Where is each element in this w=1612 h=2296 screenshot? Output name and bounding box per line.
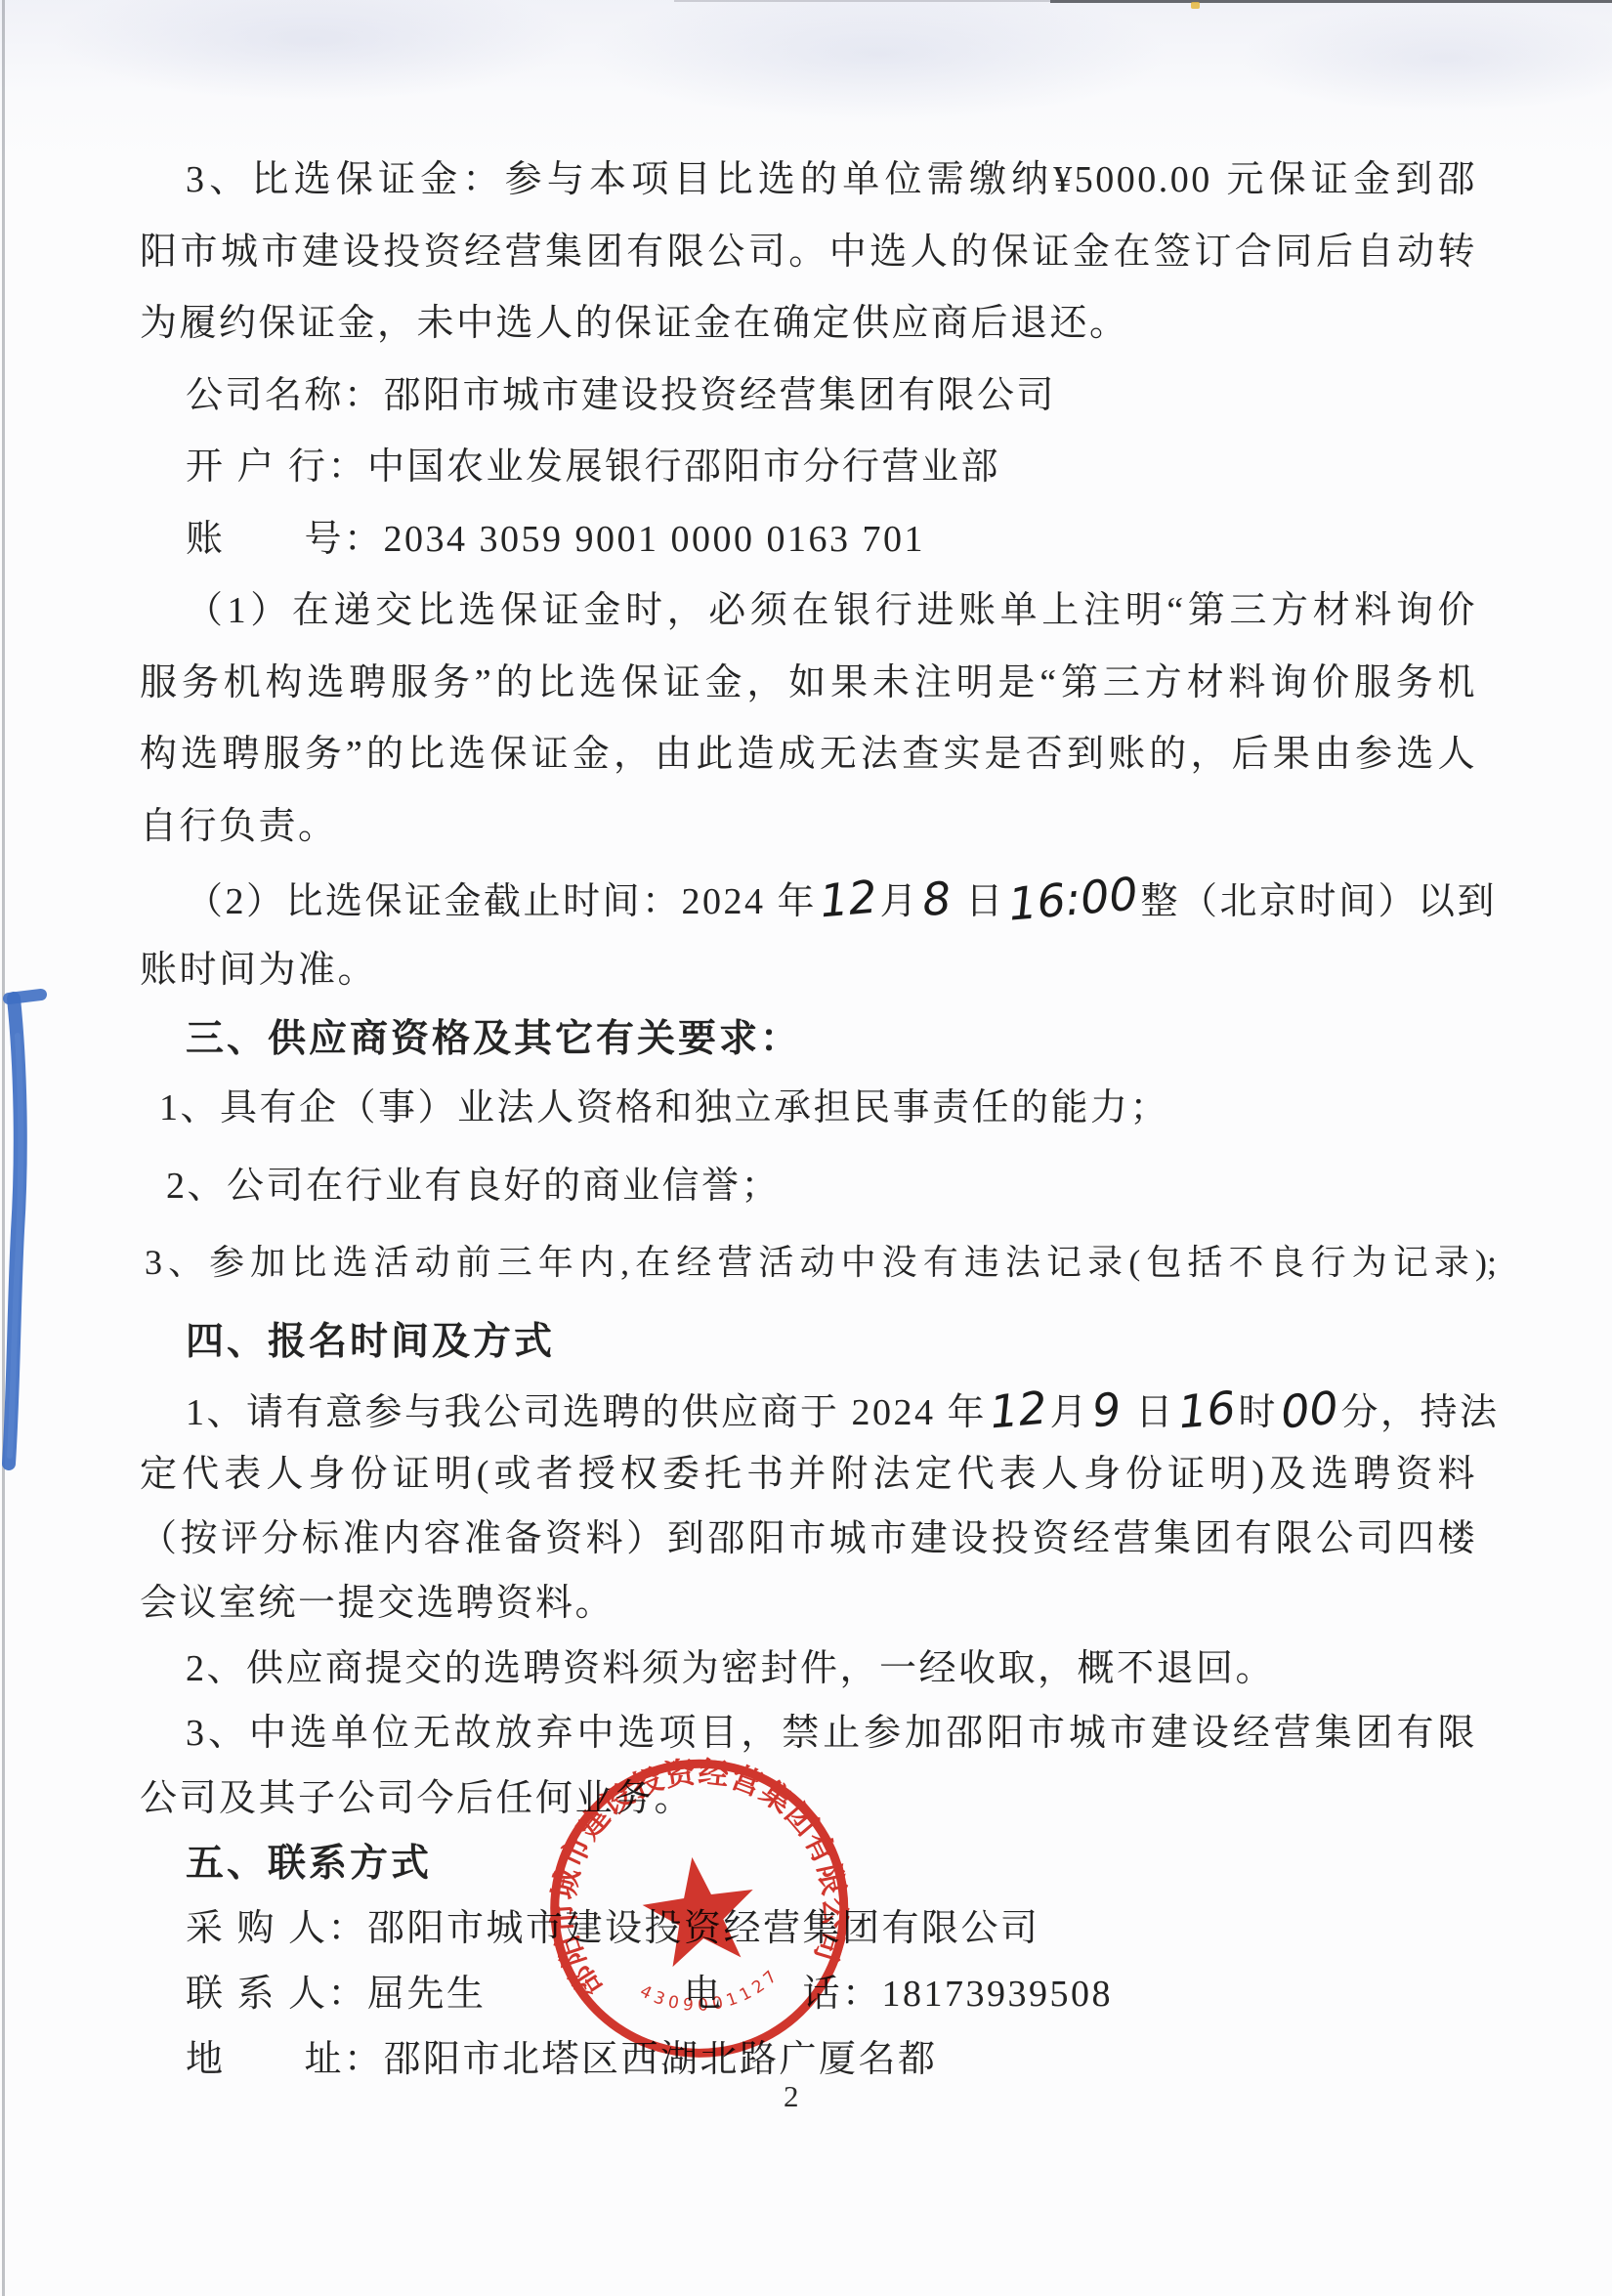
scan-haze [0, 0, 1612, 166]
doc-line-13: 三、供应商资格及其它有关要求： [186, 1016, 801, 1063]
doc-line-14: 1、具有企（事）业法人资格和独立承担民事责任的能力； [159, 1084, 1169, 1131]
seal-star [637, 1850, 762, 1970]
doc-line-9: 构选聘服务”的比选保证金，由此造成无法查实是否到账的，后果由参选人 [140, 731, 1477, 778]
printed-text: 1、请有意参与我公司选聘的供应商于 2024 年 [186, 1392, 987, 1433]
printed-text: 日 [1124, 1392, 1175, 1433]
printed-text: 构选聘服务”的比选保证金，由此造成无法查实是否到账的，后果由参选人 [140, 734, 1477, 775]
svg-text:4309001127: 4309001127 [634, 1963, 787, 2025]
doc-line-6: 账 号：2034 3059 9001 0000 0163 701 [186, 516, 925, 563]
doc-line-4: 公司名称：邵阳市城市建设投资经营集团有限公司 [186, 372, 1056, 419]
printed-text: 1、具有企（事）业法人资格和独立承担民事责任的能力； [159, 1087, 1169, 1128]
doc-line-1: 3、比选保证金：参与本项目比选的单位需缴纳¥5000.00 元保证金到邵 [186, 156, 1477, 203]
doc-line-11: （2）比选保证金截止时间：2024 年12月8 日16:00整（北京时间）以到 [186, 874, 1497, 925]
printed-text: 定代表人身份证明(或者授权委托书并附法定代表人身份证明)及选聘资料 [140, 1454, 1477, 1495]
handwritten-text: 12 [815, 872, 881, 924]
printed-text: 自行负责。 [140, 806, 338, 847]
printed-text: 为履约保证金，未中选人的保证金在确定供应商后退还。 [140, 303, 1129, 344]
seal-code-digits: 4309001127 [634, 1963, 787, 2025]
printed-text: 四、报名时间及方式 [186, 1321, 555, 1363]
printed-text: 月 [880, 881, 920, 922]
doc-line-16: 3、参加比选活动前三年内,在经营活动中没有违法记录(包括不良行为记录); [145, 1239, 1497, 1286]
printed-text: 2、公司在行业有良好的商业信誉； [166, 1166, 781, 1207]
printed-text: 账时间为准。 [140, 950, 377, 991]
handwritten-text: 16:00 [1003, 870, 1142, 928]
printed-text: （1）在递交比选保证金时，必须在银行进账单上注明“第三方材料询价 [186, 590, 1477, 631]
printed-text: 阳市城市建设投资经营集团有限公司。中选人的保证金在签订合同后自动转 [140, 232, 1477, 273]
doc-line-3: 为履约保证金，未中选人的保证金在确定供应商后退还。 [140, 300, 1129, 347]
handwritten-text: 8 [917, 874, 955, 924]
printed-text: 日 [954, 881, 1005, 922]
printed-text: 公司名称：邵阳市城市建设投资经营集团有限公司 [186, 375, 1056, 416]
printed-text: 三、供应商资格及其它有关要求： [186, 1018, 801, 1060]
scanned-document-page: 3、比选保证金：参与本项目比选的单位需缴纳¥5000.00 元保证金到邵阳市城市… [0, 0, 1612, 2296]
doc-line-7: （1）在递交比选保证金时，必须在银行进账单上注明“第三方材料询价 [186, 587, 1477, 634]
printed-text: 五、联系方式 [186, 1843, 432, 1885]
scan-edge-top [1050, 0, 1612, 3]
printed-text: 月 [1050, 1392, 1090, 1433]
printed-text: 账 号：2034 3059 9001 0000 0163 701 [186, 519, 925, 560]
printed-text: （按评分标准内容准备资料）到邵阳市城市建设投资经营集团有限公司四楼 [140, 1518, 1477, 1559]
doc-line-12: 账时间为准。 [140, 947, 377, 994]
printed-text: 整（北京时间）以到 [1140, 881, 1497, 922]
handwritten-text: 16 [1173, 1383, 1240, 1435]
handwritten-text: 00 [1276, 1383, 1342, 1435]
handwritten-text: 9 [1087, 1385, 1125, 1435]
doc-line-18: 1、请有意参与我公司选聘的供应商于 2024 年12月9 日16时00分，持法 [186, 1385, 1500, 1436]
blue-pen-mark [0, 977, 68, 1485]
printed-text: 3、参加比选活动前三年内,在经营活动中没有违法记录(包括不良行为记录); [145, 1243, 1497, 1282]
doc-line-21: 会议室统一提交选聘资料。 [140, 1580, 615, 1627]
printed-text: 服务机构选聘服务”的比选保证金，如果未注明是“第三方材料询价服务机 [140, 662, 1477, 703]
scan-edge-top-faint [674, 0, 1055, 2]
printed-text: 时 [1238, 1392, 1278, 1433]
printed-text: 开 户 行：中国农业发展银行邵阳市分行营业部 [186, 446, 1000, 488]
printed-text: 会议室统一提交选聘资料。 [140, 1583, 615, 1624]
printed-text: 分，持法 [1340, 1392, 1499, 1433]
handwritten-text: 12 [985, 1383, 1051, 1435]
doc-line-19: 定代表人身份证明(或者授权委托书并附法定代表人身份证明)及选聘资料 [140, 1451, 1477, 1498]
doc-line-2: 阳市城市建设投资经营集团有限公司。中选人的保证金在签订合同后自动转 [140, 229, 1477, 276]
doc-line-8: 服务机构选聘服务”的比选保证金，如果未注明是“第三方材料询价服务机 [140, 659, 1477, 706]
doc-line-17: 四、报名时间及方式 [186, 1319, 555, 1366]
scan-speck [1191, 2, 1200, 9]
page-number: 2 [784, 2079, 799, 2114]
doc-line-15: 2、公司在行业有良好的商业信誉； [166, 1163, 781, 1210]
doc-line-20: （按评分标准内容准备资料）到邵阳市城市建设投资经营集团有限公司四楼 [140, 1515, 1477, 1562]
doc-line-10: 自行负责。 [140, 803, 338, 850]
company-seal: 邵阳市城市建设投资经营集团有限公司 4309001127 [525, 1733, 877, 2086]
printed-text: 3、比选保证金：参与本项目比选的单位需缴纳¥5000.00 元保证金到邵 [186, 159, 1477, 200]
doc-line-25: 五、联系方式 [186, 1841, 432, 1888]
doc-line-5: 开 户 行：中国农业发展银行邵阳市分行营业部 [186, 444, 1000, 490]
printed-text: （2）比选保证金截止时间：2024 年 [186, 881, 817, 922]
doc-line-22: 2、供应商提交的选聘资料须为密封件，一经收取，概不退回。 [186, 1645, 1275, 1692]
printed-text: 2、供应商提交的选聘资料须为密封件，一经收取，概不退回。 [186, 1648, 1275, 1689]
